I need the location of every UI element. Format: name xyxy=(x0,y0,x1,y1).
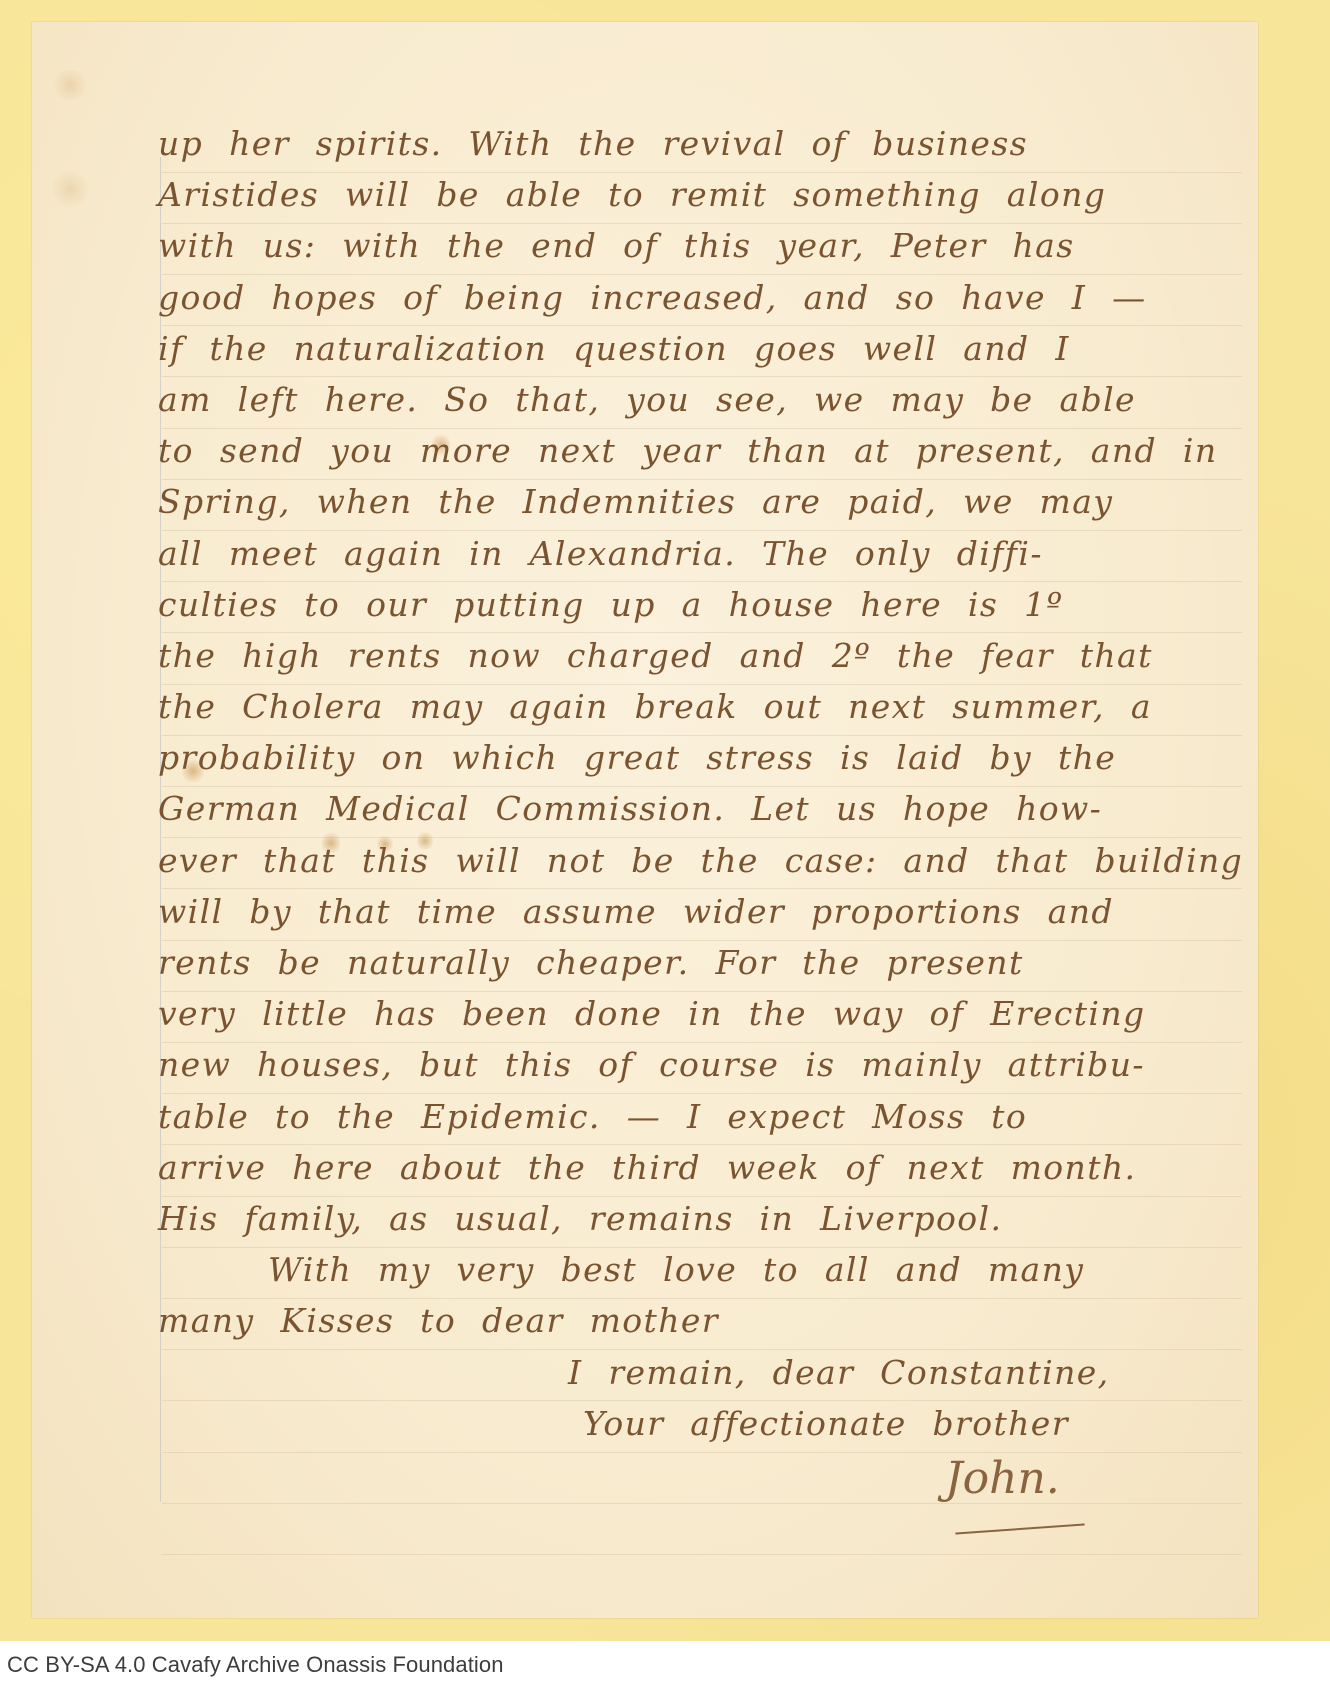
letter-line: rents be naturally cheaper. For the pres… xyxy=(158,937,1218,988)
closing-paragraph-line: many Kisses to dear mother xyxy=(158,1295,1218,1346)
letter-line: the high rents now charged and 2º the fe… xyxy=(158,630,1218,681)
letter-line: with us: with the end of this year, Pete… xyxy=(158,220,1218,271)
ruled-line xyxy=(162,1452,1242,1453)
closing-paragraph-line: With my very best love to all and many xyxy=(158,1244,1218,1295)
letter-line: German Medical Commission. Let us hope h… xyxy=(158,783,1218,834)
ruled-line xyxy=(162,1503,1242,1504)
letter-line: the Cholera may again break out next sum… xyxy=(158,681,1218,732)
valediction-line: I remain, dear Constantine, xyxy=(158,1347,1218,1398)
letter-line: all meet again in Alexandria. The only d… xyxy=(158,528,1218,579)
letter-line: culties to our putting up a house here i… xyxy=(158,579,1218,630)
paper-stain xyxy=(50,70,90,100)
letter-line: good hopes of being increased, and so ha… xyxy=(158,272,1218,323)
letter-body: up her spirits. With the revival of busi… xyxy=(158,118,1218,1449)
paper-stain xyxy=(50,170,90,208)
letter-line: am left here. So that, you see, we may b… xyxy=(158,374,1218,425)
letter-line: Aristides will be able to remit somethin… xyxy=(158,169,1218,220)
letter-line: table to the Epidemic. — I expect Moss t… xyxy=(158,1091,1218,1142)
letter-line: up her spirits. With the revival of busi… xyxy=(158,118,1218,169)
archive-credit: CC BY-SA 4.0 Cavafy Archive Onassis Foun… xyxy=(7,1652,504,1678)
letter-line: very little has been done in the way of … xyxy=(158,988,1218,1039)
letter-line: to send you more next year than at prese… xyxy=(158,425,1218,476)
letter-line: His family, as usual, remains in Liverpo… xyxy=(158,1193,1218,1244)
ruled-line xyxy=(162,1554,1242,1555)
letter-line: Spring, when the Indemnities are paid, w… xyxy=(158,476,1218,527)
letter-line: ever that this will not be the case: and… xyxy=(158,835,1218,886)
signature: John. xyxy=(945,1453,1060,1504)
letter-line: new houses, but this of course is mainly… xyxy=(158,1039,1218,1090)
letter-line: if the naturalization question goes well… xyxy=(158,323,1218,374)
valediction-line: Your affectionate brother xyxy=(158,1398,1218,1449)
letter-line: will by that time assume wider proportio… xyxy=(158,886,1218,937)
letter-line: probability on which great stress is lai… xyxy=(158,732,1218,783)
letter-line: arrive here about the third week of next… xyxy=(158,1142,1218,1193)
